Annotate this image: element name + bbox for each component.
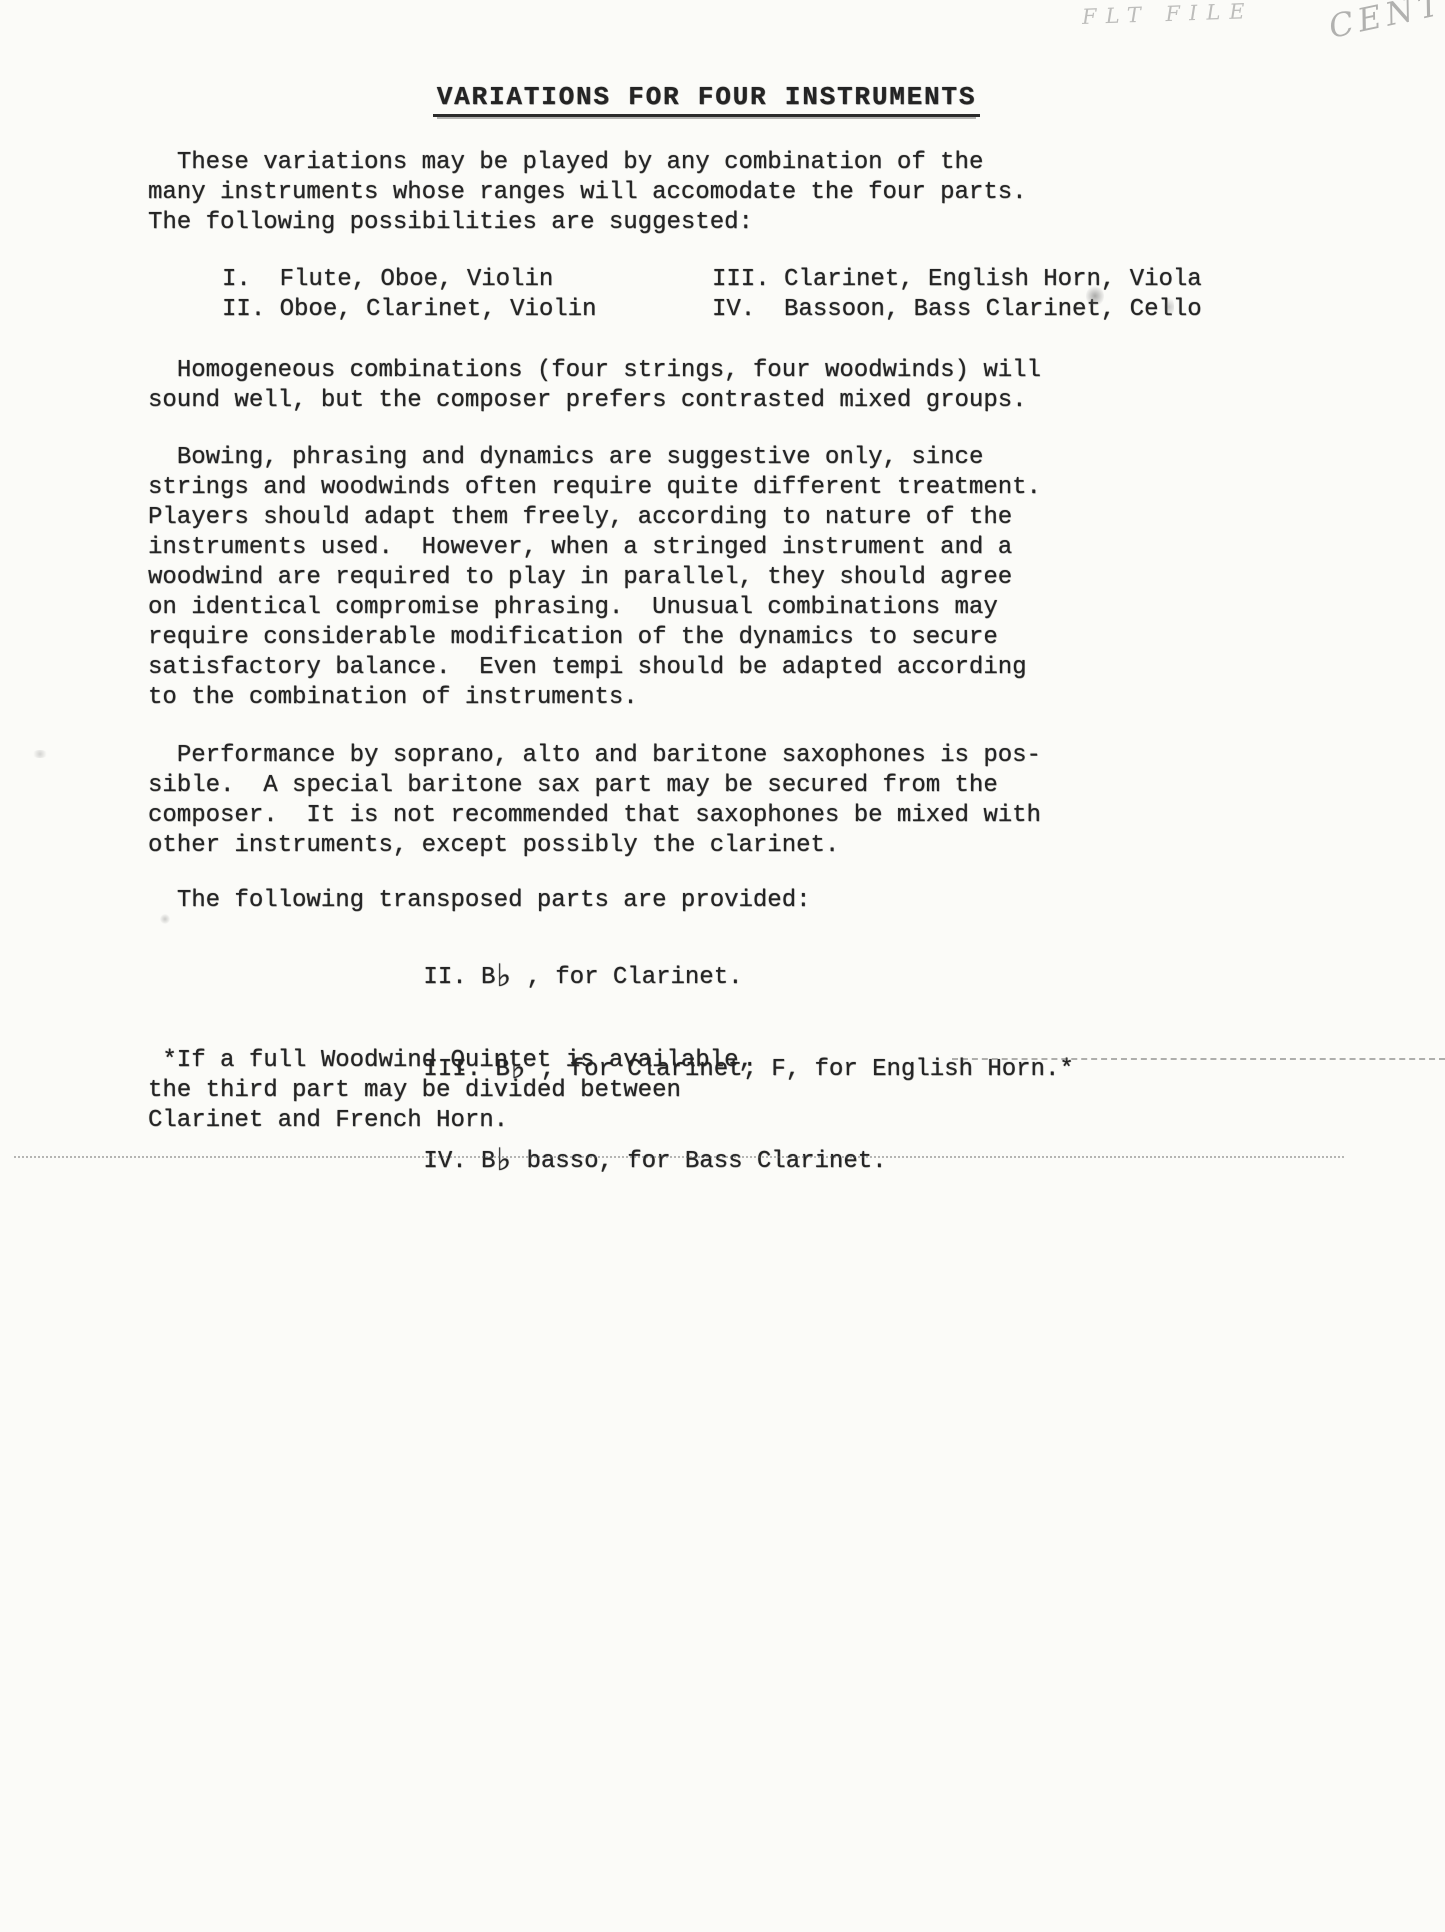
combination-row: II. Oboe, Clarinet, Violin IV. Bassoon, …	[222, 295, 1202, 325]
homogeneous-paragraph: Homogeneous combinations (four strings, …	[148, 356, 1041, 416]
scan-artifact-smudge	[32, 750, 48, 758]
combination-4: IV. Bassoon, Bass Clarinet, Cello	[712, 295, 1202, 325]
title-row: VARIATIONS FOR FOUR INSTRUMENTS	[0, 82, 1429, 117]
flat-icon: ♭	[496, 1148, 511, 1172]
scan-artifact-smudge	[160, 914, 170, 924]
scan-artifact-smudge	[1086, 286, 1104, 306]
footnote-paragraph: *If a full Woodwind Quintet is available…	[148, 1046, 753, 1136]
combination-3: III. Clarinet, English Horn, Viola	[712, 265, 1202, 295]
combination-row: I. Flute, Oboe, Violin III. Clarinet, En…	[222, 265, 1202, 295]
transposed-part-2-rest: , for Clarinet.	[512, 964, 742, 991]
page-title: VARIATIONS FOR FOUR INSTRUMENTS	[433, 82, 980, 117]
transposed-part-4-rest: basso, for Bass Clarinet.	[512, 1148, 886, 1175]
transposed-part-2-prefix: II. B	[423, 964, 495, 991]
scan-artifact-dotted-line	[14, 1156, 1344, 1158]
bowing-paragraph: Bowing, phrasing and dynamics are sugges…	[148, 443, 1041, 713]
intro-paragraph: These variations may be played by any co…	[148, 148, 1027, 238]
handwritten-note-left: FLT FILE	[1082, 0, 1254, 29]
scan-artifact-smudge	[1164, 296, 1174, 318]
transposed-part-2: II. B♭ , for Clarinet.	[337, 931, 1074, 1023]
scan-artifact-dashed-line	[952, 1058, 1445, 1060]
combination-1: I. Flute, Oboe, Violin	[222, 265, 712, 295]
instrument-combination-list: I. Flute, Oboe, Violin III. Clarinet, En…	[222, 265, 1202, 325]
handwritten-note-right: CENT	[1325, 0, 1445, 46]
flat-icon: ♭	[496, 964, 511, 988]
saxophones-paragraph: Performance by soprano, alto and bariton…	[148, 741, 1041, 861]
transposed-lead-line: The following transposed parts are provi…	[148, 886, 811, 916]
transposed-part-4-prefix: IV. B	[423, 1148, 495, 1175]
scanned-document-page: FLT FILE CENT VARIATIONS FOR FOUR INSTRU…	[0, 0, 1445, 1932]
combination-2: II. Oboe, Clarinet, Violin	[222, 295, 712, 325]
